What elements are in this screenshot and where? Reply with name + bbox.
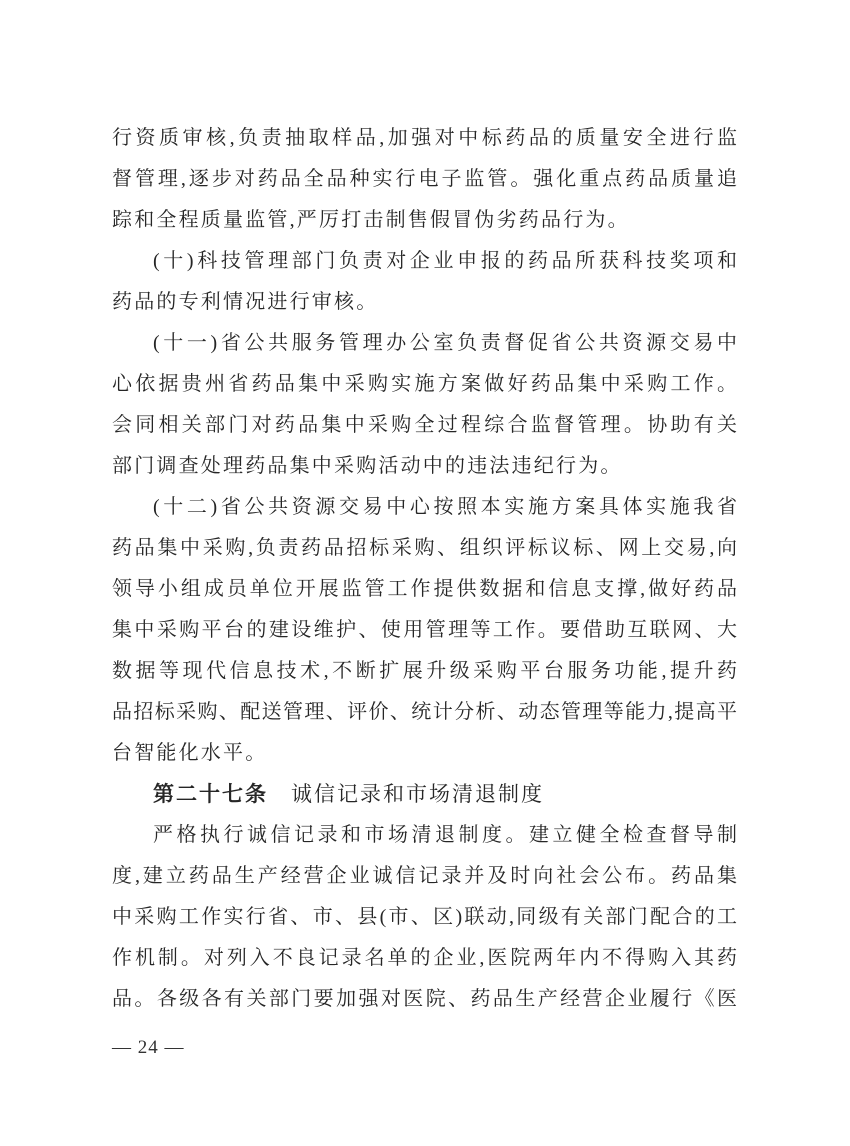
- text-line: 部门调查处理药品集中采购活动中的违法违纪行为。: [112, 446, 737, 487]
- text-line: 品。各级各有关部门要加强对医院、药品生产经营企业履行《医: [112, 979, 737, 1020]
- text-line: 中采购工作实行省、市、县(市、区)联动,同级有关部门配合的工: [112, 897, 737, 938]
- text-line: (十一)省公共服务管理办公室负责督促省公共资源交易中: [112, 323, 737, 364]
- text-line: 度,建立药品生产经营企业诚信记录并及时向社会公布。药品集: [112, 856, 737, 897]
- text-line: 药品集中采购,负责药品招标采购、组织评标议标、网上交易,向: [112, 528, 737, 569]
- text-line: 药品的专利情况进行审核。: [112, 282, 737, 323]
- text-line: 数据等现代信息技术,不断扩展升级采购平台服务功能,提升药: [112, 651, 737, 692]
- text-line: 行资质审核,负责抽取样品,加强对中标药品的质量安全进行监: [112, 118, 737, 159]
- section-heading-number: 第二十七条: [153, 783, 268, 806]
- section-heading: 第二十七条诚信记录和市场清退制度: [112, 774, 737, 815]
- text-line: 品招标采购、配送管理、评价、统计分析、动态管理等能力,提高平: [112, 692, 737, 733]
- text-line: 心依据贵州省药品集中采购实施方案做好药品集中采购工作。: [112, 364, 737, 405]
- text-block: 行资质审核,负责抽取样品,加强对中标药品的质量安全进行监督管理,逐步对药品全品种…: [112, 118, 737, 1020]
- text-line: 台智能化水平。: [112, 733, 737, 774]
- text-line: (十二)省公共资源交易中心按照本实施方案具体实施我省: [112, 487, 737, 528]
- text-line: 会同相关部门对药品集中采购全过程综合监督管理。协助有关: [112, 405, 737, 446]
- text-line: 集中采购平台的建设维护、使用管理等工作。要借助互联网、大: [112, 610, 737, 651]
- document-page: 行资质审核,负责抽取样品,加强对中标药品的质量安全进行监督管理,逐步对药品全品种…: [0, 0, 850, 1146]
- text-line: 严格执行诚信记录和市场清退制度。建立健全检查督导制: [112, 815, 737, 856]
- text-line: 踪和全程质量监管,严厉打击制售假冒伪劣药品行为。: [112, 200, 737, 241]
- page-number: — 24 —: [112, 1036, 185, 1060]
- section-heading-title: 诚信记录和市场清退制度: [291, 782, 544, 806]
- text-line: 督管理,逐步对药品全品种实行电子监管。强化重点药品质量追: [112, 159, 737, 200]
- text-line: (十)科技管理部门负责对企业申报的药品所获科技奖项和: [112, 241, 737, 282]
- text-line: 领导小组成员单位开展监管工作提供数据和信息支撑,做好药品: [112, 569, 737, 610]
- text-line: 作机制。对列入不良记录名单的企业,医院两年内不得购入其药: [112, 938, 737, 979]
